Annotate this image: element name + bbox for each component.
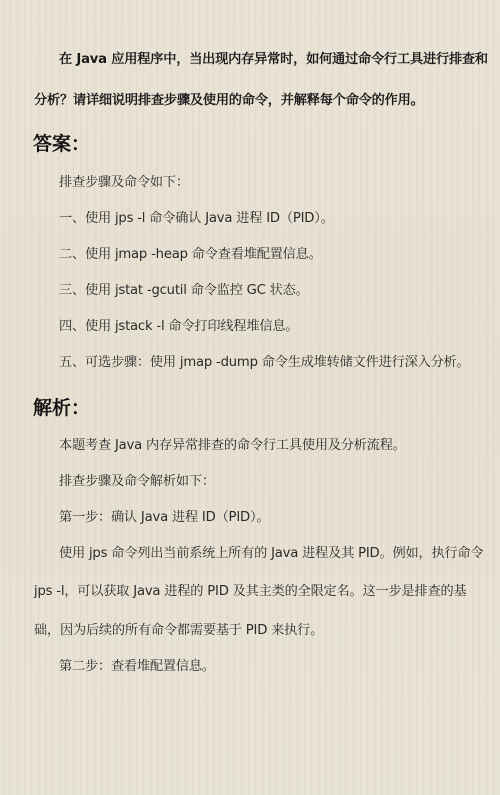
question-line-1: 在 Java 应用程序中，当出现内存异常时，如何通过命令行工具进行排查和 [59, 48, 488, 67]
answer-heading: 答案： [33, 129, 90, 156]
answer-step-4: 四、使用 jstack -l 命令打印线程堆信息。 [59, 315, 298, 334]
analysis-step-1-title: 第一步：确认 Java 进程 ID（PID）。 [59, 506, 269, 525]
analysis-step-1-body-line-1: 使用 jps 命令列出当前系统上所有的 Java 进程及其 PID。例如，执行命… [59, 542, 483, 561]
analysis-heading: 解析： [33, 393, 90, 420]
document-page: 在 Java 应用程序中，当出现内存异常时，如何通过命令行工具进行排查和 分析？… [0, 0, 500, 795]
analysis-step-2-title: 第二步：查看堆配置信息。 [59, 655, 215, 674]
answer-step-2: 二、使用 jmap -heap 命令查看堆配置信息。 [59, 243, 322, 262]
analysis-step-1-body-line-3: 础，因为后续的所有命令都需要基于 PID 来执行。 [34, 619, 323, 638]
analysis-sub-intro: 排查步骤及命令解析如下： [59, 470, 215, 489]
analysis-intro: 本题考查 Java 内存异常排查的命令行工具使用及分析流程。 [59, 434, 406, 453]
answer-step-3: 三、使用 jstat -gcutil 命令监控 GC 状态。 [59, 279, 309, 298]
answer-step-5: 五、可选步骤：使用 jmap -dump 命令生成堆转储文件进行深入分析。 [59, 351, 470, 370]
analysis-step-1-body-line-2: jps -l，可以获取 Java 进程的 PID 及其主类的全限定名。这一步是排… [34, 580, 466, 599]
question-line-2: 分析？请详细说明排查步骤及使用的命令，并解释每个命令的作用。 [34, 89, 424, 108]
answer-intro: 排查步骤及命令如下： [59, 171, 189, 190]
answer-step-1: 一、使用 jps -l 命令确认 Java 进程 ID（PID）。 [59, 207, 334, 226]
